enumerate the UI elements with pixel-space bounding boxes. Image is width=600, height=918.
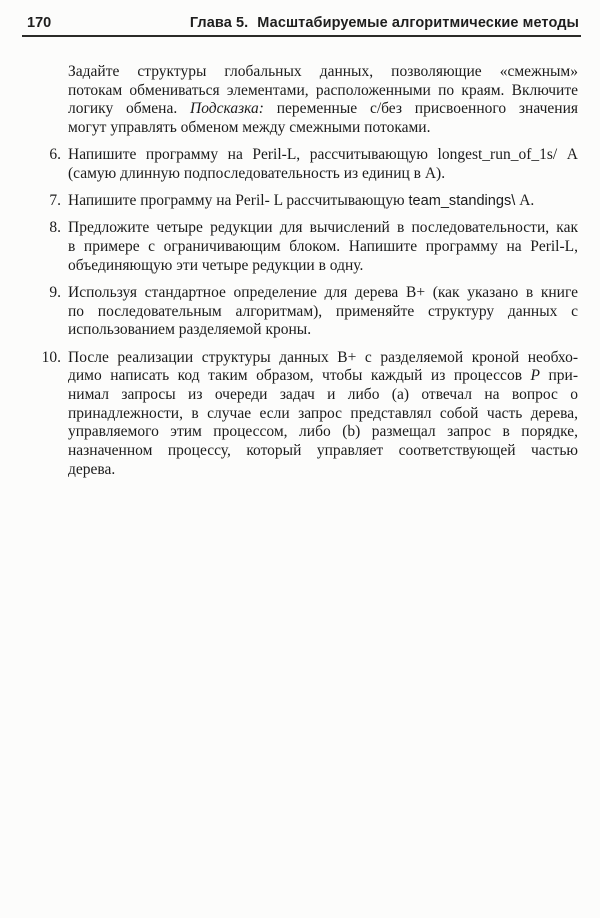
text-line: дерева.	[68, 461, 578, 480]
text-line: использованием разделяемой кроны.	[68, 321, 578, 340]
text-segment: при-	[540, 367, 578, 384]
list-item-8: 8. Предложите четыре редукции для вычисл…	[68, 219, 578, 275]
list-item-9: 9. Используя стандартное определение для…	[68, 284, 578, 340]
text-line: После реализации структуры данных В+ с р…	[68, 349, 578, 368]
page-number: 170	[27, 15, 51, 31]
running-header: Глава 5.Масштабируемые алгоритмические м…	[190, 15, 579, 31]
header-rule	[22, 35, 581, 37]
text-segment: логику обмена.	[68, 100, 190, 117]
paragraph-continuation: Задайте структуры глобальных данных, поз…	[68, 63, 578, 138]
page-content: Задайте структуры глобальных данных, поз…	[68, 63, 578, 480]
code-identifier: team_standings\	[408, 193, 515, 209]
text-line: потокам обмениваться элементами, располо…	[68, 82, 578, 101]
text-line: принадлежности, в случае если запрос пре…	[68, 405, 578, 424]
chapter-label: Глава 5.	[190, 15, 248, 31]
text-segment: переменные с/без присвоенного значения	[264, 100, 578, 117]
chapter-title: Масштабируемые алгоритмические методы	[257, 15, 579, 31]
book-page: 170 Глава 5.Масштабируемые алгоритмическ…	[0, 0, 600, 918]
process-variable-italic: Р	[531, 367, 540, 384]
item-number: 6.	[49, 146, 61, 165]
list-item-6: 6. Напишите программу на Peril-L, рассчи…	[68, 146, 578, 183]
text-line: объединяющую эти четыре редукции в одну.	[68, 257, 578, 276]
text-line: Предложите четыре редукции для вычислени…	[68, 219, 578, 238]
text-line: димо написать код таким образом, чтобы к…	[68, 367, 578, 386]
text-line: Используя стандартное определение для де…	[68, 284, 578, 303]
text-line: в примере с ограничивающим блоком. Напиш…	[68, 238, 578, 257]
text-segment: димо написать код таким образом, чтобы к…	[68, 367, 531, 384]
item-number: 10.	[42, 349, 61, 368]
text-line: Задайте структуры глобальных данных, поз…	[68, 63, 578, 82]
list-item-10: 10. После реализации структуры данных В+…	[68, 349, 578, 480]
text-line: (самую длинную подпоследовательность из …	[68, 165, 578, 184]
text-line: управляемого этим процессом, либо (b) ра…	[68, 423, 578, 442]
list-item-7: 7. Напишите программу на Peril- L рассчи…	[68, 192, 578, 211]
text-line: Напишите программу на Peril-L, рассчитыв…	[68, 146, 578, 165]
text-line: нимал запросы из очереди задач и либо (а…	[68, 386, 578, 405]
text-line: назначенном процессу, который управляет …	[68, 442, 578, 461]
text-segment: Напишите программу на Peril- L рассчитыв…	[68, 192, 408, 209]
item-number: 9.	[49, 284, 61, 303]
text-line: Напишите программу на Peril- L рассчитыв…	[68, 192, 578, 211]
text-line: могут управлять обменом между смежными п…	[68, 119, 578, 138]
text-line: логику обмена. Подсказка: переменные с/б…	[68, 100, 578, 119]
text-line: по последовательным алгоритмам), применя…	[68, 303, 578, 322]
page-header: 170 Глава 5.Масштабируемые алгоритмическ…	[27, 15, 579, 31]
item-number: 7.	[49, 192, 61, 211]
hint-label-italic: Подсказка:	[190, 100, 264, 117]
text-segment: А.	[515, 192, 534, 209]
item-number: 8.	[49, 219, 61, 238]
